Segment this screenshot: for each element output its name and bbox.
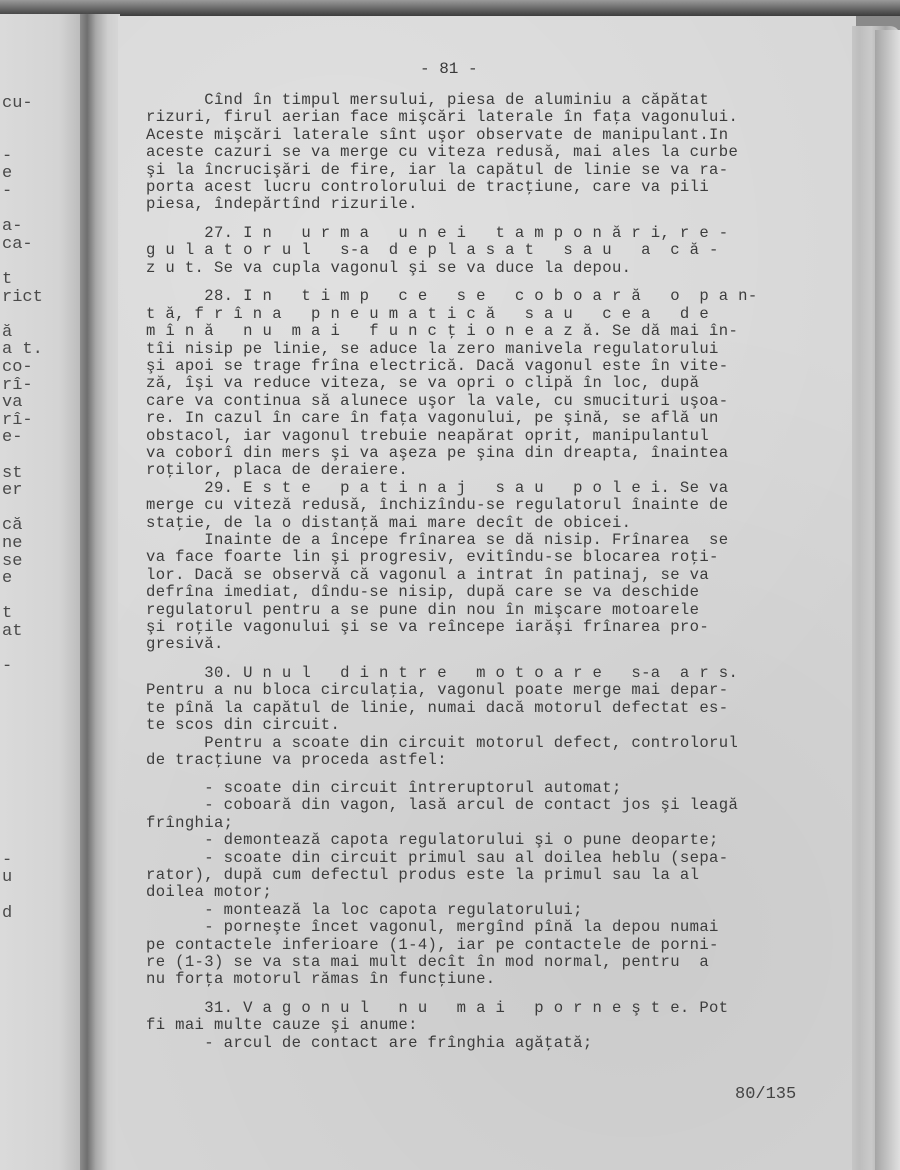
text-line: aceste cazuri se va merge cu viteza redu… [146, 144, 738, 161]
left-page-fragment: er [2, 481, 22, 500]
book-cover-edge [875, 30, 900, 1170]
text-line: te scos din circuit. [146, 717, 340, 734]
text-line: nu forţa motorul rămas în funcţiune. [146, 971, 495, 988]
text-line: de tracţiune va proceda astfel: [146, 752, 447, 769]
text-line: 29. E s t e p a t i n a j s a u p o l e … [146, 480, 728, 497]
text-line: rator), după cum defectul produs este la… [146, 867, 699, 884]
text-line: rizuri, firul aerian face mişcări latera… [146, 109, 738, 126]
left-page-fragment: - [2, 657, 12, 676]
text-line: care va continua să alunece uşor la vale… [146, 393, 728, 410]
text-line: g u l a t o r u l s-a d e p l a s a t s … [146, 242, 719, 259]
left-page-fragment: ne [2, 534, 22, 553]
text-line: 30. U n u l d i n t r e m o t o a r e s-… [146, 665, 738, 682]
left-page-fragment: a t. [2, 340, 43, 359]
text-line: defrîna imediat, dîndu-se nisip, după ca… [146, 584, 699, 601]
left-page-fragment: st [2, 464, 22, 483]
text-line: roţilor, placa de deraiere. [146, 462, 408, 479]
left-page-fragment: e- [2, 428, 22, 447]
text-line: merge cu viteză redusă, închizîndu-se re… [146, 497, 728, 514]
text-line: tîi nisip pe linie, se aduce la zero man… [146, 341, 719, 358]
left-page-fragment: - [2, 851, 12, 870]
left-page-fragment: e [2, 164, 12, 183]
text-line: m î n ă n u m a i f u n c ţ i o n e a z … [146, 323, 738, 340]
text-line: regulatorul pentru a se pune din nou în … [146, 602, 699, 619]
text-line: va face foarte lin şi progresiv, evitînd… [146, 549, 719, 566]
text-line: şi apoi se trage frîna electrică. Dacă v… [146, 358, 728, 375]
text-line: - scoate din circuit primul sau al doile… [146, 850, 728, 867]
text-line: Aceste mişcări laterale sînt uşor observ… [146, 127, 728, 144]
left-page-fragment: se [2, 552, 22, 571]
text-line: gresivă. [146, 636, 224, 653]
left-page-fragment: ă [2, 323, 12, 342]
text-line: - porneşte încet vagonul, mergînd pînă l… [146, 919, 719, 936]
text-line: frînghia; [146, 815, 233, 832]
text-line: 28. I n t i m p c e s e c o b o a r ă o … [146, 288, 758, 305]
scan-top-shadow [0, 0, 900, 16]
left-page-fragment: - [2, 182, 12, 201]
text-line: - scoate din circuit întreruptorul autom… [146, 780, 622, 797]
text-line: - demontează capota regulatorului şi o p… [146, 832, 719, 849]
text-line: 27. I n u r m a u n e i t a m p o n ă r … [146, 225, 728, 242]
left-page: cu--e-a-ca-trictăa t.co-rî-varî-e-stercă… [0, 14, 84, 1170]
left-page-fragment: t [2, 604, 12, 623]
text-line: Pentru a scoate din circuit motorul defe… [146, 735, 738, 752]
left-page-fragment: rî- [2, 376, 33, 395]
left-page-fragment: rî- [2, 411, 33, 430]
text-line: piesa, îndepărtînd rizurile. [146, 196, 418, 213]
page-number: - 81 - [420, 60, 478, 78]
text-line: - arcul de contact are frînghia agăţată; [146, 1035, 593, 1052]
text-line: - coboară din vagon, lasă arcul de conta… [146, 797, 738, 814]
text-line: t ă, f r î n a p n e u m a t i c ă s a u… [146, 306, 709, 323]
left-page-fragment: rict [2, 288, 43, 307]
left-page-fragment: va [2, 393, 22, 412]
text-line: 31. V a g o n u l n u m a i p o r n e ş … [146, 1000, 728, 1017]
left-page-fragment: co- [2, 358, 33, 377]
text-line: te pînă la capătul de linie, numai dacă … [146, 700, 728, 717]
left-page-fragment: ca- [2, 235, 33, 254]
text-line: şi la încrucişări de fire, iar la capătu… [146, 162, 728, 179]
text-line: staţie, de la o distanţă mai mare decît … [146, 515, 631, 532]
left-page-fragment: a- [2, 217, 22, 236]
book-gutter [80, 14, 120, 1170]
text-line: obstacol, iar vagonul trebuie neapărat o… [146, 428, 709, 445]
text-line: Pentru a nu bloca circulaţia, vagonul po… [146, 682, 728, 699]
left-page-fragment: t [2, 270, 12, 289]
text-line: pe contactele inferioare (1-4), iar pe c… [146, 937, 719, 954]
left-page-fragment: u [2, 868, 12, 887]
text-line: re. In cazul în care în faţa vagonului, … [146, 410, 719, 427]
left-page-fragment: at [2, 622, 22, 641]
page-counter: 80/135 [735, 1085, 796, 1104]
text-line: doilea motor; [146, 884, 272, 901]
text-line: şi roţile vagonului şi se va reîncepe ia… [146, 619, 709, 636]
text-line: z u t. Se va cupla vagonul şi se va duce… [146, 260, 631, 277]
text-line: re (1-3) se va sta mai mult decît în mod… [146, 954, 709, 971]
text-line: lor. Dacă se observă că vagonul a intrat… [146, 567, 709, 584]
left-page-fragment: - [2, 147, 12, 166]
left-page-fragment: că [2, 516, 22, 535]
text-line: fi mai multe cauze şi anume: [146, 1017, 418, 1034]
text-line: Cînd în timpul mersului, piesa de alumin… [146, 92, 709, 109]
text-line: Inainte de a începe frînarea se dă nisip… [146, 532, 728, 549]
text-line: ză, îşi va reduce viteza, se va opri o c… [146, 375, 699, 392]
text-line: va coborî din mers şi va aşeza pe şina d… [146, 445, 728, 462]
text-line: - montează la loc capota regulatorului; [146, 902, 583, 919]
left-page-fragment: d [2, 904, 12, 923]
left-page-fragment: e [2, 569, 12, 588]
text-line: porta acest lucru controlorului de tracţ… [146, 179, 709, 196]
left-page-fragment: cu- [2, 94, 33, 113]
